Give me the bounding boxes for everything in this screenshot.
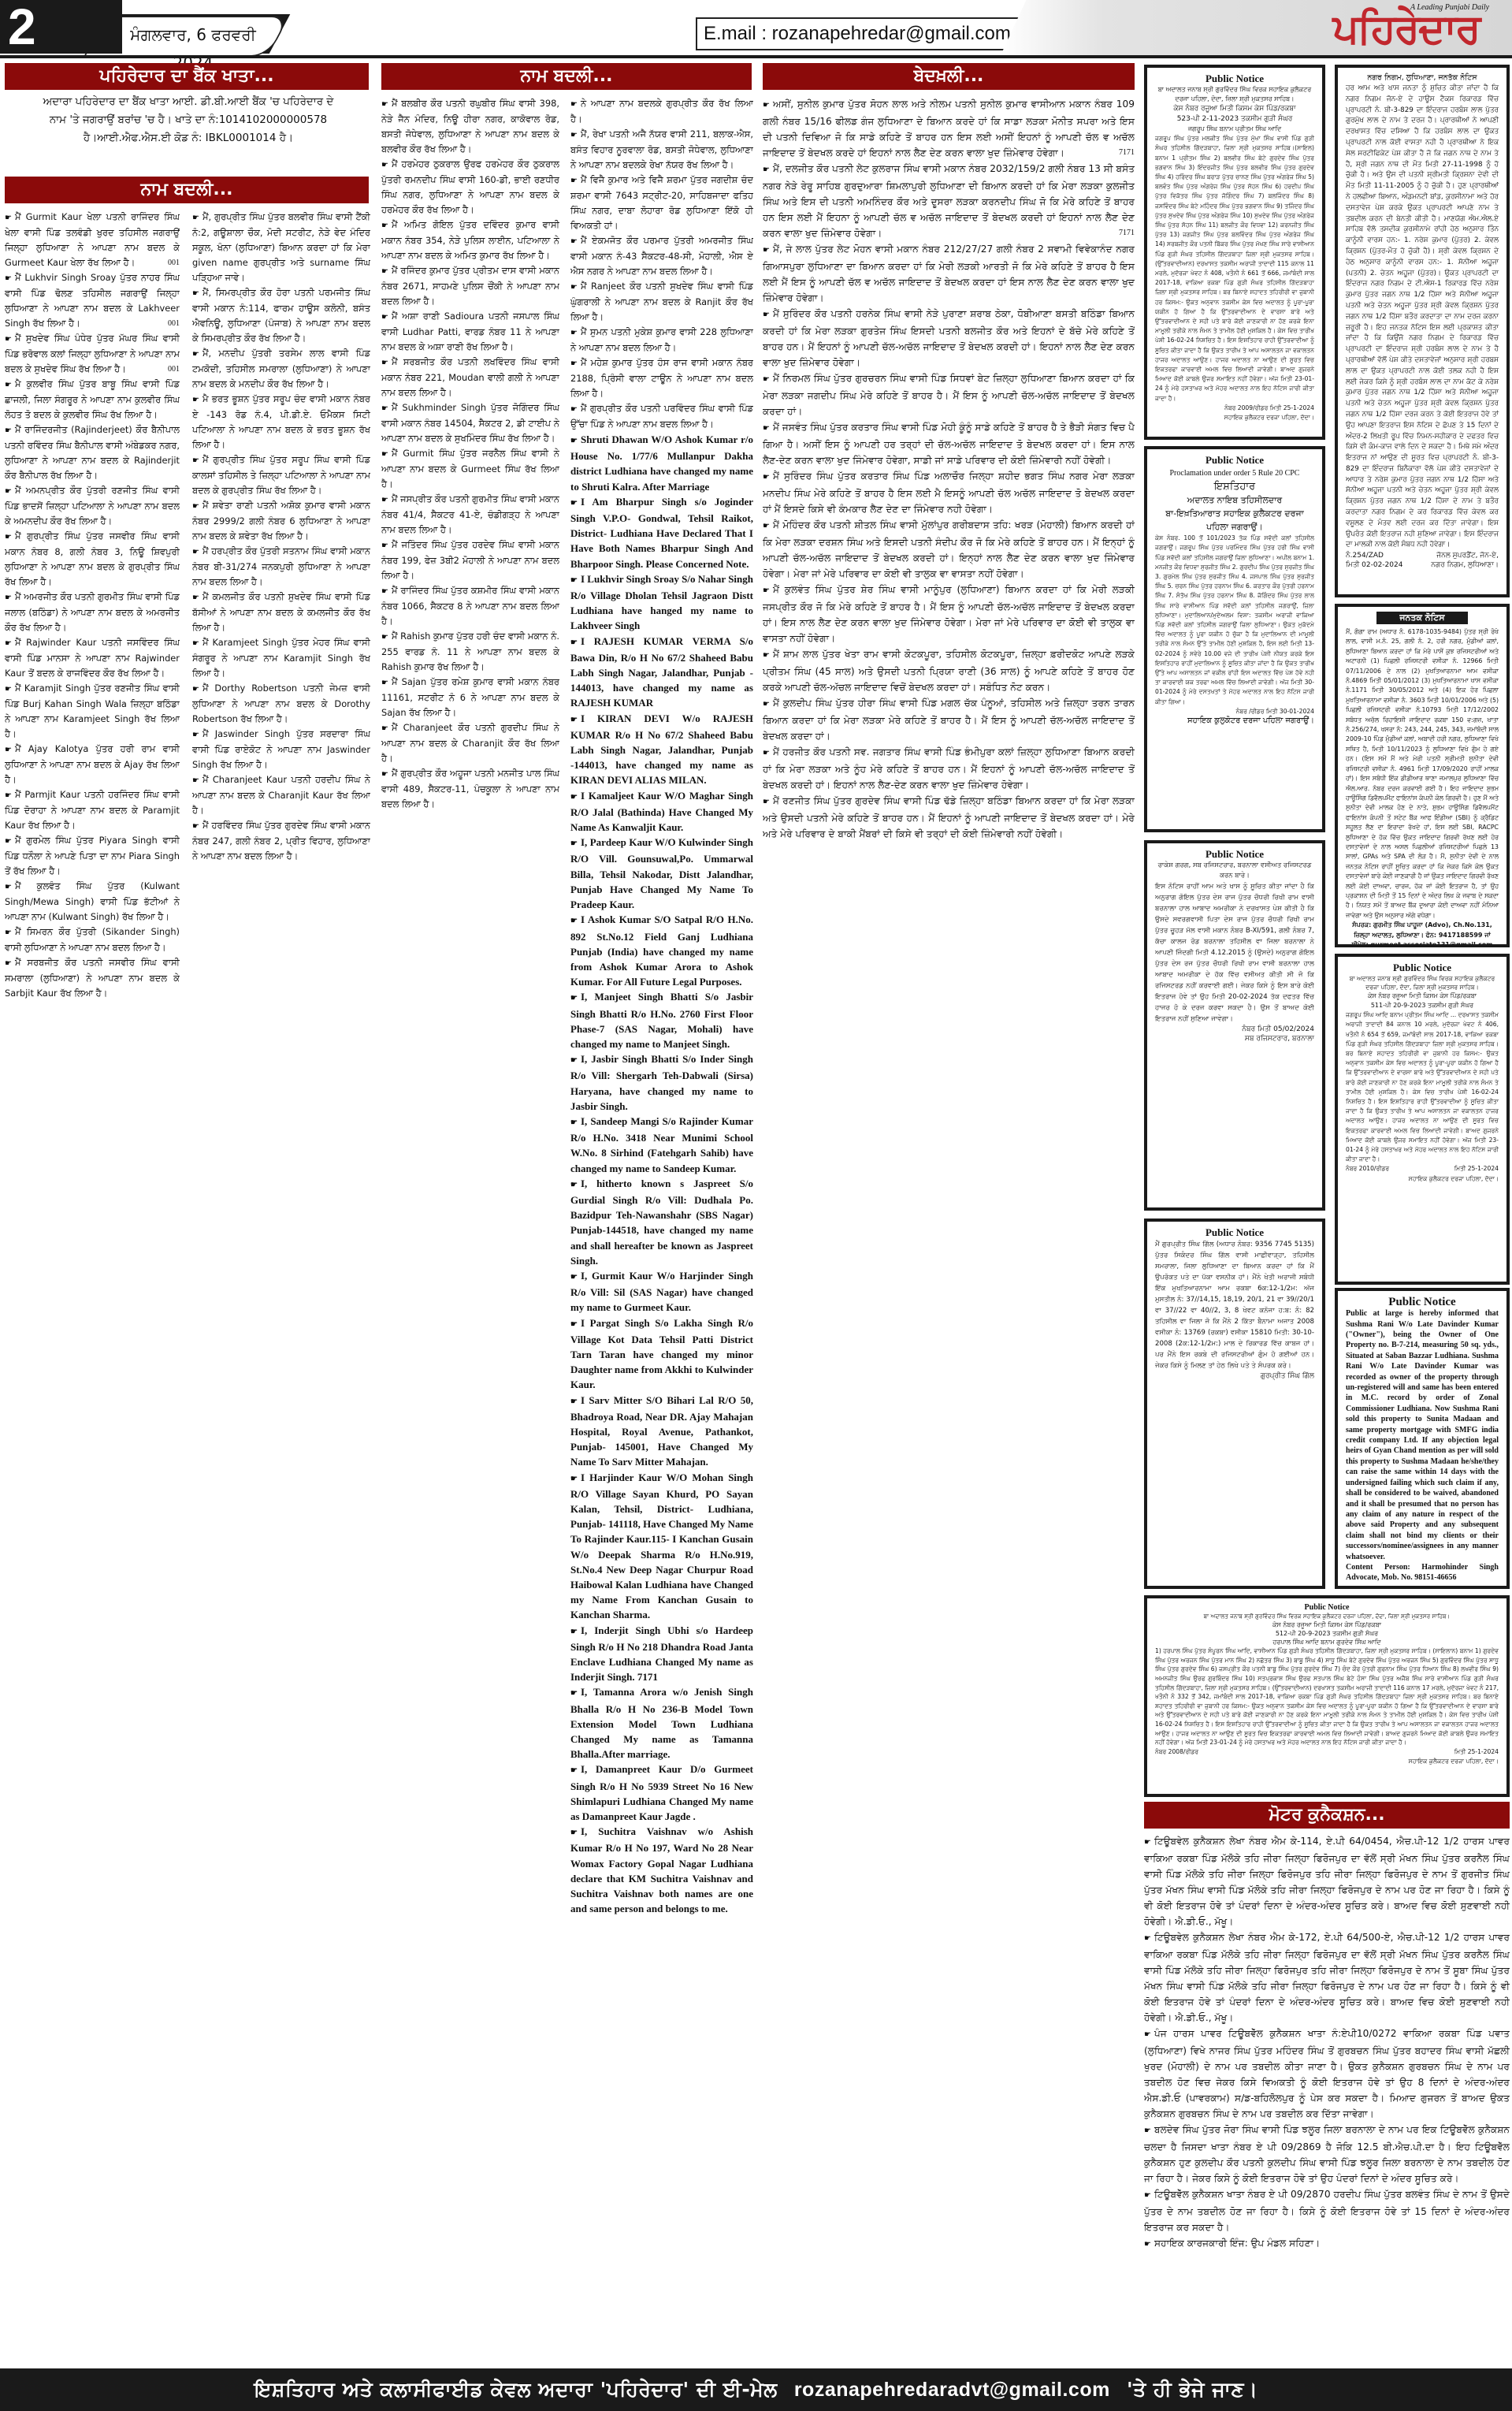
pointing-hand-icon: ☛ (192, 685, 199, 694)
pointing-hand-icon: ☛ (381, 496, 388, 504)
entry-text: ਮੈ ਭਰਤ ਭੂਸ਼ਨ ਪੁੱਤਰ ਸਰੂਪ ਚੰਦ ਵਾਸੀ ਮਕਾਨ ਨੰ… (192, 393, 370, 450)
entry-text: I, Sandeep Mangi S/o Rajinder Kumar R/o … (570, 1115, 753, 1174)
pointing-hand-icon: ☛ (570, 839, 578, 848)
notice-reference: ਨੰਬਰ ਮਿਤੀ 05/02/2024 (1155, 1025, 1314, 1034)
notice-body: 1) ਹਰਪਾਲ ਸਿੰਘ ਪੁੱਤਰ ਸੰਪੂਰਨ ਸਿੰਘ ਆਦਿ, ਵਾਸ… (1155, 1646, 1499, 1747)
entry-text: ਮੈਂ Jaswinder Singh ਪੁੱਤਰ ਸਰਦਾਰਾ ਸਿੰਘ ਵਾ… (192, 728, 370, 770)
classified-entry: ☛ਮੈਂ ਜਸਵੰਤ ਸਿੰਘ ਪੁੱਤਰ ਕਰਤਾਰ ਸਿੰਘ ਵਾਸੀ ਪਿ… (763, 419, 1135, 468)
notice-subtitle: Proclamation under order 5 Rule 20 CPC (1155, 467, 1314, 480)
motor-connection-column: ☛ਟਿਊਬਵੇਲ ਕੁਨੈਕਸ਼ਨ ਲੇਖਾ ਨੰਬਰ ਐਮ ਕੇ-114, ਏ… (1144, 1833, 1510, 2361)
notice-court: ਬਾ ਅਦਾਲਤ ਜਨਾਬ ਸ਼੍ਰੀ ਗੁਰਵਿੰਦਰ ਸਿੰਘ ਵਿਰਕ ਸ… (1346, 974, 1499, 992)
classified-entry: ☛ਮੈਂ ਸਰਬਜੀਤ ਕੌਰ ਪਤਨੀ ਲਖਵਿੰਦਰ ਸਿੰਘ ਵਾਸੀ ਮ… (381, 355, 559, 400)
pointing-hand-icon: ☛ (570, 437, 578, 445)
classified-entry: ☛ਮੈਂ ਸੁਰਿੰਦਰ ਸਿੰਘ ਪੁੱਤਰ ਕਰਤਾਰ ਸਿੰਘ ਪਿੰਡ … (763, 468, 1135, 517)
entry-text: ਮੈਂ ਬਲਬੀਰ ਕੌਰ ਪਤਨੀ ਰਘੁਬੀਰ ਸਿੰਘ ਵਾਸੀ 398,… (381, 98, 559, 154)
notice-heading: ਅਦਾਲਤ ਨਾਇਬ ਤਹਿਸੀਲਦਾਰ (1155, 493, 1314, 507)
classified-entry: ☛I, Manjeet Singh Bhatti S/o Jasbir Sing… (570, 989, 753, 1051)
bank-account-info: ਅਦਾਰਾ ਪਹਿਰੇਦਾਰ ਦਾ ਬੈਂਕ ਖਾਤਾ ਆਈ. ਡੀ.ਬੀ.ਆਈ… (5, 93, 372, 147)
notice-body: ਜਗਰੂਪ ਸਿੰਘ ਪੁੱਤਰ ਮਲਕੀਤ ਸਿੰਘ ਪੁੱਤਰ ਮੁੱਖਾ … (1155, 134, 1314, 404)
notice-reference: ਨੰ.254/ZAD (1346, 551, 1384, 560)
classified-entry: ☛ਮੈਂ ਕੁਲਵੰਤ ਸਿੰਘ ਪੁੱਤਰ (Kulwant Singh/Me… (5, 879, 180, 925)
classified-entry: ☛ਮੈਂ ਗੁਰਪ੍ਰੀਤ ਕੌਰ ਪਤਨੀ ਪਰਵਿੰਦਰ ਸਿੰਘ ਵਾਸੀ… (570, 401, 753, 432)
entry-text: ਮੈਂ, ਮਨਦੀਪ ਪੁੱਤਰੀ ਤਰਸੇਮ ਲਾਲ ਵਾਸੀ ਪਿੰਡ ਟਮ… (192, 348, 370, 389)
notice-office: ਨਗਰ ਨਿਗਮ, ਲੁਧਿਆਣਾ। (1431, 560, 1499, 570)
entry-text: ਮੈਂ ਹਰਮੇਹਰ ਠੁਕਰਾਲ ਉਰਫ ਹਰਮੇਹਰ ਕੌਰ ਠੁਕਰਾਲ … (381, 158, 559, 215)
notice-court: ਬਾ ਅਦਾਲਤ ਜਨਾਬ ਸ਼੍ਰੀ ਗੁਰਵਿੰਦਰ ਸਿੰਘ ਵਿਰਕ ਸ… (1155, 85, 1314, 104)
pointing-hand-icon: ☛ (1144, 2126, 1151, 2135)
classified-entry: ☛ਮੈਂ ਅਮਰਜੀਤ ਕੌਰ ਪਤਨੀ ਗੁਰਮੀਤ ਸਿੰਘ ਵਾਸੀ ਪਿ… (5, 590, 180, 635)
entry-text: I Pargat Singh S/o Lakha Singh R/o Villa… (570, 1317, 753, 1391)
entry-text: ਮੈਂ ਅਮਨਪ੍ਰੀਤ ਕੌਰ ਪੁੱਤਰੀ ਰਣਜੀਤ ਸਿੰਘ ਵਾਸੀ … (5, 485, 180, 526)
entry-text: ਨੇ ਆਪਣਾ ਨਾਮ ਬਦਲਕੇ ਗੁਰਪ੍ਰੀਤ ਕੌਰ ਰੱਖ ਲਿਆ ਹ… (570, 98, 753, 125)
entry-text: ਪੰਜ ਹਾਰਸ ਪਾਵਰ ਟਿਊਬਵੇੱਲ ਕੁਨੈਕਸ਼ਨ ਖਾਤਾ ਨੰ:… (1144, 2028, 1510, 2119)
pointing-hand-icon: ☛ (570, 131, 578, 140)
classified-entry: ☛ਮੈਂ ਵਿਜੈ ਕੁਮਾਰ ਅਤੇ ਵਿਜੈ ਸ਼ਰਮਾ ਪੁੱਤਰ ਜਗਦ… (570, 173, 753, 233)
notice-case-row: 523-ਪੀ 2-11-2023 ਤਕਸੀਮ ਗੁੜੀ ਸੰਘਰ (1155, 114, 1314, 125)
entry-text: ਮੈਂ Rahish ਕੁਮਾਰ ਪੁੱਤਰ ਹਰੀ ਚੰਦ ਵਾਸੀ ਮਕਾਨ… (381, 631, 559, 672)
entry-text: I, Damanpreet Kaur D/o Gurmeet Singh R/o… (570, 1763, 753, 1822)
classified-entry: ☛I, hitherto known s Jaspreet S/o Gurdia… (570, 1176, 753, 1268)
pointing-hand-icon: ☛ (763, 375, 770, 384)
pointing-hand-icon: ☛ (763, 311, 770, 319)
pointing-hand-icon: ☛ (570, 1273, 578, 1282)
classified-entry: ☛I, Sandeep Mangi S/o Rajinder Kumar R/o… (570, 1114, 753, 1176)
pointing-hand-icon: ☛ (5, 274, 12, 283)
entry-text: ਮੈਂ ਕੁਲਵੰਤ ਸਿੰਘ ਪੁੱਤਰ (Kulwant Singh/Mew… (5, 880, 180, 922)
entry-text: ਮੈਂ ਗੁਰਪ੍ਰੀਤ ਸਿੰਘ ਪੁੱਤਰ ਜਸਵੀਰ ਸਿੰਘ ਵਾਸੀ … (5, 530, 180, 587)
entry-code: 7171 (1119, 145, 1135, 161)
pointing-hand-icon: ☛ (1144, 2030, 1151, 2039)
entry-text: I, Tamanna Arora w/o Jenish Singh Bhalla… (570, 1686, 753, 1760)
pointing-hand-icon: ☛ (570, 1397, 578, 1406)
entry-text: I RAJESH KUMAR VERMA S/o Bawa Din, R/o H… (570, 635, 753, 709)
entry-text: ਮੈਂ ਗੁਰਪ੍ਰੀਤ ਸਿੰਘ ਪੁੱਤਰ ਸਰੂਪ ਸਿੰਘ ਵਾਸੀ ਪ… (192, 454, 370, 496)
classified-entry: ☛ਮੈਂ ਕੁਲਵੰਤ ਸਿੰਘ ਪੁੱਤਰ ਸ਼ੇਰ ਸਿੰਘ ਵਾਸੀ ਮਾ… (763, 582, 1135, 646)
public-notice-7: Public Notice ਬਾ ਅਦਾਲਤ ਜਨਾਬ ਸ਼੍ਰੀ ਗੁਰਵਿੰ… (1335, 954, 1510, 1285)
entry-text: ਮੈਂ ਸੁਰਿੰਦਰ ਸਿੰਘ ਪੁੱਤਰ ਕਰਤਾਰ ਸਿੰਘ ਪਿੰਡ ਅ… (763, 471, 1135, 515)
entry-text: ਮੈਂ Charanjeet Kaur ਪਤਨੀ ਹਰਦੀਪ ਸਿੰਘ ਨੇ ਆ… (192, 774, 370, 816)
bank-section-heading: ਪਹਿਰੇਦਾਰ ਦਾ ਬੈਂਕ ਖਾਤਾ... (5, 63, 369, 90)
entry-text: ਬਲਦੇਵ ਸਿੰਘ ਪੁੱਤਰ ਜੋਰਾ ਸਿੰਘ ਵਾਸੀ ਪਿੰਡ ਝਲੂ… (1144, 2124, 1510, 2184)
public-notice-2: Public Notice Proclamation under order 5… (1144, 446, 1325, 832)
notice-title: Public Notice (1346, 1297, 1499, 1307)
entry-code: 7171 (1119, 225, 1135, 241)
classified-entry: ☛ਮੈਂ Gurmit ਸਿੰਘ ਪੁੱਤਰ ਜਰਨੈਲ ਸਿੰਘ ਵਾਸੀ ਨ… (381, 446, 559, 492)
classified-entry: ☛I RAJESH KUMAR VERMA S/o Bawa Din, R/o … (570, 634, 753, 711)
pointing-hand-icon: ☛ (570, 283, 578, 292)
notice-date: ਮਿਤੀ 25-1-2024 (1454, 1747, 1499, 1757)
pointing-hand-icon: ☛ (763, 651, 770, 660)
pointing-hand-icon: ☛ (570, 237, 578, 246)
pointing-hand-icon: ☛ (192, 502, 199, 511)
classified-entry: ☛I Lukhvir Singh Sroay S/o Nahar Singh R… (570, 571, 753, 634)
pointing-hand-icon: ☛ (570, 177, 578, 185)
pointing-hand-icon: ☛ (5, 487, 12, 496)
pointing-hand-icon: ☛ (5, 426, 12, 435)
classified-entry: ☛ਮੈਂ ਗੁਰਪ੍ਰੀਤ ਸਿੰਘ ਪੁੱਤਰ ਜਸਵੀਰ ਸਿੰਘ ਵਾਸੀ… (5, 529, 180, 590)
notice-parties: ਹਰਪਾਲ ਸਿੰਘ ਆਦਿ ਬਨਾਮ ਗੁਰਦੇਵ ਸਿੰਘ ਆਦਿ (1155, 1638, 1499, 1646)
classified-entry: ☛ਮੈਂ ਸਿਮਰਨ ਕੌਰ ਪੁੱਤਰੀ (Sikander Singh) ਵ… (5, 925, 180, 955)
contact-email[interactable]: E.mail : rozanapehredar@gmail.com (696, 17, 1035, 50)
classified-entry: ☛ਮੈਂ ਅਮਨਪ੍ਰੀਤ ਕੌਰ ਪੁੱਤਰੀ ਰਣਜੀਤ ਸਿੰਘ ਵਾਸੀ… (5, 483, 180, 529)
pointing-hand-icon: ☛ (192, 593, 199, 602)
notice-body: ਹਰ ਆਮ ਅਤੇ ਖਾਸ ਜਨਤਾ ਨੂੰ ਸੁਚਿਤ ਕੀਤਾ ਜਾਂਦਾ … (1346, 84, 1499, 551)
entry-text: I, Inderjit Singh Ubhi s/o Hardeep Singh… (570, 1624, 753, 1684)
pointing-hand-icon: ☛ (192, 396, 199, 404)
entry-code: 001 (168, 362, 180, 377)
entry-text: ਮੈਂ ਅਮਿਤ ਗੋਇਲ ਪੁੱਤਰ ਦਵਿੰਦਰ ਕੁਮਾਰ ਵਾਸੀ ਮਕ… (381, 219, 559, 261)
tagline: A Leading Punjabi Daily (1410, 3, 1489, 12)
entry-text: ਮੈਂ ਵਿਜੈ ਕੁਮਾਰ ਅਤੇ ਵਿਜੈ ਸ਼ਰਮਾ ਪੁੱਤਰ ਜਗਦੀ… (570, 174, 753, 231)
entry-text: ਮੈਂ ਅਮਰਜੀਤ ਕੌਰ ਪਤਨੀ ਗੁਰਮੀਤ ਸਿੰਘ ਵਾਸੀ ਪਿੰ… (5, 591, 180, 633)
classified-entry: ☛ਨੇ ਆਪਣਾ ਨਾਮ ਬਦਲਕੇ ਗੁਰਪ੍ਰੀਤ ਕੌਰ ਰੱਖ ਲਿਆ … (570, 96, 753, 127)
pointing-hand-icon: ☛ (192, 822, 199, 831)
classified-entry: ☛ਮੈਂ Karamjeet Singh ਪੁੱਤਰ ਮੇਹਰ ਸਿੰਘ ਵਾਸ… (192, 635, 370, 681)
entry-text: I, Jasbir Singh Bhatti S/o Inder Singh R… (570, 1053, 753, 1112)
public-notice-english: Public Notice Public at large is hereby … (1335, 1288, 1510, 1589)
footer-text: 'ਤੇ ਹੀ ਭੇਜੇ ਜਾਣ। (1127, 2378, 1258, 2401)
advertising-footer-banner: ਇਸ਼ਤਿਹਾਰ ਅਤੇ ਕਲਾਸੀਫਾਈਡ ਕੇਵਲ ਅਦਾਰਾ 'ਪਹਿਰੇ… (0, 2368, 1512, 2411)
notice-reference: ਨੰਬਰ 2008/ਰੀਡਰ (1155, 1747, 1198, 1757)
classified-entry: ☛ਮੈਂ ਰਾਜਿੰਦਰਜੀਤ (Rajinderjeet) ਕੌਰ ਬੈਨੀਪ… (5, 422, 180, 483)
name-change-heading-left: ਨਾਮ ਬਦਲੀ... (5, 177, 369, 203)
pointing-hand-icon: ☛ (381, 450, 388, 459)
entry-text: ਅਸੀਂ, ਸੁਨੀਲ ਕੁਮਾਰ ਪੁੱਤਰ ਸੋਹਨ ਲਾਲ ਅਤੇ ਨੀਲ… (763, 99, 1135, 158)
public-notice-1: Public Notice ਬਾ ਅਦਾਲਤ ਜਨਾਬ ਸ਼੍ਰੀ ਗੁਰਵਿੰ… (1144, 65, 1325, 440)
classified-entry: ☛ਮੈਂ ਸੁਰਿੰਦਰ ਕੌਰ ਪਤਨੀ ਹਰਨੇਕ ਸਿੰਘ ਵਾਸੀ ਨੇ… (763, 306, 1135, 370)
entry-text: ਮੈਂ Charanjeet ਕੌਰ ਪਤਨੀ ਗੁਰਦੀਪ ਸਿੰਘ ਨੇ ਆ… (381, 722, 559, 764)
pointing-hand-icon: ☛ (570, 793, 578, 802)
pointing-hand-icon: ☛ (763, 424, 770, 433)
pointing-hand-icon: ☛ (570, 576, 578, 585)
notice-subtitle: ਰਾਕੇਸ਼ ਗਰਗ, ਸਬ ਰਜਿਸਟਰਾਰ, ਬਰਨਾਲਾ ਵਸੀਅਤ ਰਜ… (1155, 861, 1314, 881)
notice-court: ਬਾ ਅਦਾਲਤ ਜਨਾਬ ਸ਼੍ਰੀ ਗੁਰਵਿੰਦਰ ਸਿੰਘ ਵਿਰਕ ਸ… (1155, 1613, 1499, 1620)
entry-text: ਮੈਂ Karamjeet Singh ਪੁੱਤਰ ਮੇਹਰ ਸਿੰਘ ਵਾਸੀ… (192, 637, 370, 679)
pointing-hand-icon: ☛ (192, 350, 199, 359)
pointing-hand-icon: ☛ (5, 791, 12, 800)
entry-text: ਮੈਂ ਗੁਰਪ੍ਰੀਤ ਕੌਰ ਪਤਨੀ ਪਰਵਿੰਦਰ ਸਿੰਘ ਵਾਸੀ … (570, 403, 753, 430)
entry-text: I Kamaljeet Kaur W/O Maghar Singh R/O Ja… (570, 790, 753, 833)
notice-contact: ਸੰਪਰਕ: ਗੁਰਮੀਤ ਸਿੰਘ ਪਾਹੂਜਾ (Advo), Ch.No.… (1346, 921, 1499, 947)
pointing-hand-icon: ☛ (381, 313, 388, 322)
entry-text: ਮੈਂ ਏਕਮਜੋਤ ਕੌਰ ਪਰਮਾਰ ਪੁੱਤਰੀ ਅਮਰਜੀਤ ਸਿੰਘ … (570, 235, 753, 277)
pointing-hand-icon: ☛ (570, 994, 578, 1003)
notice-title: Public Notice (1155, 456, 1314, 465)
notice-signatory: ਸਹਾਇਕ ਕੁਲੈਕਟਰ ਦਰਜਾ ਪਹਿਲਾ, ਦੋਦਾ। (1155, 413, 1314, 422)
classified-entry: ☛ਮੈਂ Sajan ਪੁੱਤਰ ਰਮੇਸ਼ ਕੁਮਾਰ ਵਾਸੀ ਮਕਾਨ ਨ… (381, 675, 559, 720)
pointing-hand-icon: ☛ (5, 335, 12, 344)
pointing-hand-icon: ☛ (570, 917, 578, 925)
pointing-hand-icon: ☛ (570, 1056, 578, 1065)
pointing-hand-icon: ☛ (381, 633, 388, 642)
notice-title: ਜਨਤਕ ਨੋਟਿਸ (1376, 612, 1468, 624)
entry-text: ਮੈਂ ਰਾਜਿੰਦਰਜੀਤ (Rajinderjeet) ਕੌਰ ਬੈਨੀਪਾ… (5, 424, 180, 481)
classified-entry: ☛ਟਿਊਬਵੇਲ ਕੁਨੈਕਸ਼ਨ ਲੇਖਾ ਨੰਬਰ ਐਮ ਕੇ-114, ਏ… (1144, 1833, 1510, 1929)
pointing-hand-icon: ☛ (570, 638, 578, 647)
classified-entry: ☛ਟਿਊਬਵੇਲ ਕੁਨੈਕਸ਼ਨ ਲੇਖਾ ਨੰਬਰ ਐਮ ਕੇ-172, ਏ… (1144, 1929, 1510, 2026)
entry-text: I KIRAN DEVI W/o RAJESH KUMAR R/o H No 6… (570, 713, 753, 787)
classified-entry: ☛ਮੈਂ Karamjit Singh ਪੁੱਤਰ ਰਣਜੀਤ ਸਿੰਘ ਵਾਸ… (5, 681, 180, 742)
classified-entry: ☛ਮੈਂ Lukhvir Singh Sroay ਪੁੱਤਰ ਨਾਹਰ ਸਿੰਘ… (5, 270, 180, 331)
classified-entry: ☛ਮੈਂ Sukhminder Singh ਪੁੱਤਰ ਜੋਗਿੰਦਰ ਸਿੰਘ… (381, 400, 559, 446)
entry-text: ਮੈਂ ਗੁਰਮੇਲ ਸਿੰਘ ਪੁੱਤਰ Piyara Singh ਵਾਸੀ … (5, 835, 180, 876)
classified-entry: ☛ਮੈਂ Ajay Kalotya ਪੁੱਤਰ ਹਰੀ ਰਾਮ ਵਾਸੀ ਲੁਧ… (5, 742, 180, 787)
pointing-hand-icon: ☛ (192, 289, 199, 298)
pointing-hand-icon: ☛ (381, 359, 388, 367)
classified-entry: ☛ਮੈਂ ਰਜਿੰਦਰ ਕੁਮਾਰ ਪੁੱਤਰ ਪ੍ਰੀਤਮ ਦਾਸ ਵਾਸੀ … (381, 263, 559, 309)
notice-signatory: ਸਹਾਇਕ ਕੁਲੈਕਟਰ ਦਰਜਾ ਪਹਿਲਾ, ਦੋਦਾ। (1346, 1174, 1499, 1184)
pointing-hand-icon: ☛ (381, 587, 388, 596)
notice-signatory: ਸਹਾਇਕ ਕੁਲੈਕਟਰ ਦਰਜਾ ਪਹਿਲਾ, ਦੋਦਾ। (1155, 1757, 1499, 1766)
classified-entry: ☛ਮੈਂ ਜਸਪ੍ਰੀਤ ਕੌਰ ਪਤਨੀ ਗੁਰਮੀਤ ਸਿੰਘ ਵਾਸੀ ਮ… (381, 492, 559, 538)
pointing-hand-icon: ☛ (381, 541, 388, 550)
pointing-hand-icon: ☛ (5, 593, 12, 602)
classified-entry: ☛ਮੈਂ ਗੁਰਪ੍ਰੀਤ ਕੌਰ ਅਹੂਜਾ ਪਤਨੀ ਮਨਜੀਤ ਪਾਲ ਸ… (381, 766, 559, 812)
entry-text: ਮੈਂ ਜਸਵੰਤ ਸਿੰਘ ਪੁੱਤਰ ਕਰਤਾਰ ਸਿੰਘ ਵਾਸੀ ਪਿੰ… (763, 422, 1135, 466)
entry-text: ਮੈਂ ਰਣਜੀਤ ਸਿੰਘ ਪੁੱਤਰ ਗੁਰਦੇਵ ਸਿੰਘ ਵਾਸੀ ਪਿ… (763, 795, 1135, 839)
pointing-hand-icon: ☛ (381, 267, 388, 276)
classified-entry: ☛ਮੈਂ ਗੁਰਮੇਲ ਸਿੰਘ ਪੁੱਤਰ Piyara Singh ਵਾਸੀ… (5, 833, 180, 879)
classified-entry: ☛ਮੈਂ Gurmit Kaur ਖੇਲਾ ਪਤਨੀ ਰਾਜਿੰਦਰ ਸਿੰਘ … (5, 210, 180, 270)
entry-code: 001 (168, 255, 180, 270)
pointing-hand-icon: ☛ (1144, 1934, 1151, 1943)
janatak-notice: ਜਨਤਕ ਨੋਟਿਸ ਮੈਂ, ਗੰਗਾ ਰਾਮ (ਅਧਾਰ ਨੰ. 6178-… (1335, 604, 1510, 947)
notice-footer-row: ਨੰਬਰ 2008/ਰੀਡਰ ਮਿਤੀ 25-1-2024 (1155, 1747, 1499, 1757)
classified-entry: ☛ਮੈਂ Charanjeet ਕੌਰ ਪਤਨੀ ਗੁਰਦੀਪ ਸਿੰਘ ਨੇ … (381, 720, 559, 766)
entry-text: I, Pardeep Kaur W/O Kulwinder Singh R/O … (570, 836, 753, 910)
classified-entry: ☛ਅਸੀਂ, ਸੁਨੀਲ ਕੁਮਾਰ ਪੁੱਤਰ ਸੋਹਨ ਲਾਲ ਅਤੇ ਨੀ… (763, 96, 1135, 161)
notice-footer-row: ਨੰਬਰ 2010/ਰੀਡਰ ਮਿਤੀ 25-1-2024 (1346, 1164, 1499, 1174)
pointing-hand-icon: ☛ (763, 246, 770, 255)
notice-parties: ਜਗਰੂਪ ਸਿੰਘ ਬਨਾਮ ਪ੍ਰੀਤਮ ਸਿੰਘ ਆਦਿ (1155, 125, 1314, 134)
classified-entry: ☛ਮੈਂ, ਜੇ ਲਾਲ ਪੁੱਤਰ ਲੇਟ ਮੋਹਨ ਵਾਸੀ ਮਕਾਨ ਨੰ… (763, 241, 1135, 306)
entry-text: ਮੈਂ Parmjit Kaur ਪਤਨੀ ਹਰਜਿੰਦਰ ਸਿੰਘ ਵਾਸੀ … (5, 789, 180, 831)
notice-title: Public Notice (1155, 1603, 1499, 1613)
pointing-hand-icon: ☛ (381, 404, 388, 413)
pointing-hand-icon: ☛ (763, 700, 770, 709)
classified-entry: ☛ਮੈਂ ਹਰਮੇਹਰ ਠੁਕਰਾਲ ਉਰਫ ਹਰਮੇਹਰ ਕੌਰ ਠੁਕਰਾਲ… (381, 157, 559, 218)
pointing-hand-icon: ☛ (381, 100, 388, 109)
pointing-hand-icon: ☛ (1144, 2240, 1151, 2249)
pointing-hand-icon: ☛ (570, 1628, 578, 1636)
entry-text: I Sarv Mitter S/O Bihari Lal R/O 50, Bha… (570, 1394, 753, 1468)
bank-line: ਅਦਾਰਾ ਪਹਿਰੇਦਾਰ ਦਾ ਬੈਂਕ ਖਾਤਾ ਆਈ. ਡੀ.ਬੀ.ਆਈ… (5, 93, 372, 111)
entry-text: ਮੈਂ ਸ਼ਵੇਤਾ ਰਾਣੀ ਪਤਨੀ ਅਸ਼ੋਕ ਕੁਮਾਰ ਵਾਸੀ ਮਕ… (192, 500, 370, 541)
notice-contact: Content Person: Harmohinder Singh Advoca… (1346, 1562, 1499, 1583)
classified-entry: ☛ਟਿਊਬਵੇੱਲ ਕੁਨੈਕਸ਼ਨ ਖਾਤਾ ਨੰਬਰ ਏ ਪੀ 09/287… (1144, 2186, 1510, 2235)
entry-text: ਮੈਂ ਸਰਬਜੀਤ ਕੌਰ ਪਤਨੀ ਜਸਵੀਰ ਸਿੰਘ ਵਾਸੀ ਸਮਰਾ… (5, 957, 180, 999)
disinherit-heading: ਬੇਦਖ਼ਲੀ... (763, 63, 1135, 90)
entry-text: I Harjinder Kaur W/O Mohan Singh R/O Vil… (570, 1472, 753, 1621)
entry-text: ਮੈਂ ਸ਼ਾਮ ਲਾਲ ਪੁੱਤਰ ਖੇਤਾ ਰਾਮ ਵਾਸੀ ਕੋਟਕਪੂਰ… (763, 649, 1135, 693)
notice-signatory: ਜੋਨਲ ਸੁਪਰਡੈਂਟ, ਜੋਨ-ਏ, (1436, 551, 1499, 560)
classified-entry: ☛I Pargat Singh S/o Lakha Singh R/o Vill… (570, 1315, 753, 1393)
pointing-hand-icon: ☛ (5, 685, 12, 694)
classified-entry: ☛ਮੈਂ Ranjeet ਕੌਰ ਪਤਨੀ ਸੁਖਦੇਵ ਸਿੰਘ ਵਾਸੀ ਪ… (570, 279, 753, 325)
classified-entry: ☛I Harjinder Kaur W/O Mohan Singh R/O Vi… (570, 1470, 753, 1623)
pointing-hand-icon: ☛ (570, 1475, 578, 1483)
pointing-hand-icon: ☛ (5, 883, 12, 891)
entry-text: ਮੈਂ Gurmit ਸਿੰਘ ਪੁੱਤਰ ਜਰਨੈਲ ਸਿੰਘ ਵਾਸੀ ਨੇ… (381, 448, 559, 489)
classified-entry: ☛I Ashok Kumar S/O Satpal R/O H.No. 892 … (570, 912, 753, 989)
notice-title: Public Notice (1155, 74, 1314, 84)
entry-text: ਮੈਂ ਰਾਜਿੰਦਰ ਸਿੰਘ ਪੁੱਤਰ ਕਸ਼ਮੀਰ ਸਿੰਘ ਵਾਸੀ … (381, 585, 559, 627)
pointing-hand-icon: ☛ (5, 639, 12, 648)
notice-body: Public at large is hereby informed that … (1346, 1308, 1499, 1562)
entry-text: ਮੈਂ Ranjeet ਕੌਰ ਪਤਨੀ ਸੁਖਦੇਵ ਸਿੰਘ ਵਾਸੀ ਪਿ… (570, 281, 753, 322)
pointing-hand-icon: ☛ (570, 329, 578, 337)
pointing-hand-icon: ☛ (763, 101, 770, 110)
classified-entry: ☛ਮੈਂ ਜਤਿੰਦਰ ਸਿੰਘ ਪੁੱਤਰ ਹਰਦੇਵ ਸਿੰਘ ਵਾਸੀ ਮ… (381, 538, 559, 583)
pointing-hand-icon: ☛ (570, 1689, 578, 1698)
notice-reference: ਨੰਬਰ 2009/ਰੀਡਰ ਮਿਤੀ 25-1-2024 (1155, 404, 1314, 413)
classified-entry: ☛ਬਲਦੇਵ ਸਿੰਘ ਪੁੱਤਰ ਜੋਰਾ ਸਿੰਘ ਵਾਸੀ ਪਿੰਡ ਝਲ… (1144, 2122, 1510, 2186)
entry-text: I Ashok Kumar S/O Satpal R/O H.No. 892 S… (570, 913, 753, 988)
municipal-notice: ਨਗਰ ਨਿਗਮ, ਲੁਧਿਆਣਾ, ਜਨਤੱਕ ਨੋਟਿਸ ਹਰ ਆਮ ਅਤੇ… (1335, 65, 1510, 597)
entry-text: ਮੈਂ, ਜੇ ਲਾਲ ਪੁੱਤਰ ਲੇਟ ਮੋਹਨ ਵਾਸੀ ਮਕਾਨ ਨੰਬ… (763, 244, 1135, 303)
pointing-hand-icon: ☛ (5, 746, 12, 754)
classified-entry: ☛ਮੈਂ, ਮਨਦੀਪ ਪੁੱਤਰੀ ਤਰਸੇਮ ਲਾਲ ਵਾਸੀ ਪਿੰਡ ਟ… (192, 346, 370, 392)
name-change-column-4: ☛ਨੇ ਆਪਣਾ ਨਾਮ ਬਦਲਕੇ ਗੁਰਪ੍ਰੀਤ ਕੌਰ ਰੱਖ ਲਿਆ … (570, 96, 753, 2361)
pointing-hand-icon: ☛ (5, 214, 12, 222)
classified-entry: ☛ਮੈਂ ਹਰਪ੍ਰੀਤ ਕੌਰ ਪੁੱਤਰੀ ਸਤਨਾਮ ਸਿੰਘ ਵਾਸੀ … (192, 544, 370, 590)
entry-text: ਮੈਂ Rajwinder Kaur ਪਤਨੀ ਜਸਵਿੰਦਰ ਸਿੰਘ ਵਾਸ… (5, 637, 180, 679)
pointing-hand-icon: ☛ (381, 770, 388, 779)
classified-entry: ☛I Am Bharpur Singh s/o Joginder Singh V… (570, 494, 753, 571)
entry-text: ਮੈਂ ਸੁਮਨ ਪਤਨੀ ਮੁਕੇਸ਼ ਕੁਮਾਰ ਵਾਸੀ 228 ਲੁਧਿ… (570, 326, 753, 353)
pointing-hand-icon: ☛ (570, 499, 578, 508)
classified-entry: ☛Shruti Dhawan W/O Ashok Kumar r/o House… (570, 432, 753, 494)
classified-entry: ☛ਮੈਂ ਰਾਜਿੰਦਰ ਸਿੰਘ ਪੁੱਤਰ ਕਸ਼ਮੀਰ ਸਿੰਘ ਵਾਸੀ… (381, 583, 559, 629)
pointing-hand-icon: ☛ (192, 456, 199, 465)
classified-entry: ☛ਪੰਜ ਹਾਰਸ ਪਾਵਰ ਟਿਊਬਵੇੱਲ ਕੁਨੈਕਸ਼ਨ ਖਾਤਾ ਨੰ… (1144, 2026, 1510, 2122)
name-change-column-2: ☛ਮੈਂ, ਗੁਰਪ੍ਰੀਤ ਸਿੰਘ ਪੁੱਤਰ ਬਲਵੀਰ ਸਿੰਘ ਵਾਸ… (192, 210, 370, 2361)
entry-text: ਮੈਂ ਰਜਿੰਦਰ ਕੁਮਾਰ ਪੁੱਤਰ ਪ੍ਰੀਤਮ ਦਾਸ ਵਾਸੀ ਮ… (381, 265, 559, 307)
classified-entry: ☛ਮੈਂ ਕਮਲਜੀਤ ਕੌਰ ਪਤਨੀ ਸੁਖਦੇਵ ਸਿੰਘ ਵਾਸੀ ਪਿ… (192, 590, 370, 635)
entry-text: ਮੈਂ ਹਰਜੀਤ ਕੌਰ ਪਤਨੀ ਸਵ. ਜਗਤਾਰ ਸਿੰਘ ਵਾਸੀ ਪ… (763, 746, 1135, 791)
motor-connection-heading: ਮੋਟਰ ਕੁਨੈਕਸ਼ਨ... (1144, 1802, 1510, 1829)
entry-text: ਟਿਊਬਵੇੱਲ ਕੁਨੈਕਸ਼ਨ ਖਾਤਾ ਨੰਬਰ ਏ ਪੀ 09/2870… (1144, 2189, 1510, 2233)
entry-text: ਮੈਂ Gurmit Kaur ਖੇਲਾ ਪਤਨੀ ਰਾਜਿੰਦਰ ਸਿੰਘ ਖ… (5, 211, 180, 268)
notice-signatory: ਸਬ ਰਜਿਸਟਰਾਰ, ਬਰਨਾਲਾ (1155, 1034, 1314, 1044)
classified-entry: ☛ਮੈਂ ਸੁਮਨ ਪਤਨੀ ਮੁਕੇਸ਼ ਕੁਮਾਰ ਵਾਸੀ 228 ਲੁਧ… (570, 325, 753, 355)
pointing-hand-icon: ☛ (5, 837, 12, 846)
disinherit-column: ☛ਅਸੀਂ, ਸੁਨੀਲ ਕੁਮਾਰ ਪੁੱਤਰ ਸੋਹਨ ਲਾਲ ਅਤੇ ਨੀ… (763, 96, 1135, 2361)
classified-entry: ☛ਮੈਂ, ਗੁਰਪ੍ਰੀਤ ਸਿੰਘ ਪੁੱਤਰ ਬਲਵੀਰ ਸਿੰਘ ਵਾਸ… (192, 210, 370, 285)
public-notice-4: Public Notice ਮੈਂ ਗੁਰਪ੍ਰੀਤ ਸਿੰਘ ਗਿੱਲ (ਅਧ… (1144, 1219, 1325, 1589)
pointing-hand-icon: ☛ (763, 522, 770, 530)
entry-text: ਮੈਂ ਕਮਲਜੀਤ ਕੌਰ ਪਤਨੀ ਸੁਖਦੇਵ ਸਿੰਘ ਵਾਸੀ ਪਿੰ… (192, 591, 370, 633)
classified-entry: ☛I, Damanpreet Kaur D/o Gurmeet Singh R/… (570, 1762, 753, 1824)
notice-case-header: ਕੇਸ ਨੰਬਰ ਰਜੂਆ ਮਿਤੀ ਕਿਸਮ ਕੇਸ ਪਿੰਡ/ਰਕਬਾ (1155, 1620, 1499, 1629)
notice-title: Public Notice (1155, 1228, 1314, 1237)
notice-reference: ਨੰਬਰ 2010/ਰੀਡਰ (1346, 1164, 1389, 1174)
notice-body: ਇਸ ਨੋਟਿਸ ਰਾਹੀਂ ਆਮ ਅਤੇ ਖਾਸ ਨੂੰ ਸੂਚਿਤ ਕੀਤਾ… (1155, 881, 1314, 1025)
entry-text: I, Gurmit Kaur W/o Harjinder Singh R/o V… (570, 1270, 753, 1313)
classified-entry: ☛ਮੈਂ ਕੁਲਦੀਪ ਸਿੰਘ ਪੁੱਤਰ ਹੀਰਾ ਸਿੰਘ ਵਾਸੀ ਪਿ… (763, 695, 1135, 744)
entry-text: ਮੈਂ, ਦਲਜੀਤ ਕੌਰ ਪਤਨੀ ਲੇਟ ਕੁਲਰਾਜ ਸਿੰਘ ਵਾਸੀ… (763, 163, 1135, 239)
entry-text: I, hitherto known s Jaspreet S/o Gurdial… (570, 1178, 753, 1267)
pointing-hand-icon: ☛ (763, 473, 770, 482)
entry-text: I, Suchitra Vaishnav w/o Ashish Kumar R/… (570, 1825, 753, 1914)
pointing-hand-icon: ☛ (192, 776, 199, 785)
notice-body: ਜਗਰੂਪ ਸਿੰਘ ਆਦਿ ਬਨਾਮ ਪ੍ਰੀਤਮ ਸਿੰਘ ਆਦਿ ... … (1346, 1010, 1499, 1164)
entry-text: ਮੈਂ ਹਰਪ੍ਰੀਤ ਕੌਰ ਪੁੱਤਰੀ ਸਤਨਾਮ ਸਿੰਘ ਵਾਸੀ ਮ… (192, 545, 370, 587)
pointing-hand-icon: ☛ (1144, 1838, 1151, 1847)
header-rule (0, 55, 1512, 58)
classified-entry: ☛ਮੈਂ ਮਹੇਸ਼ ਕੁਮਾਰ ਪੁੱਤਰ ਹੰਸ ਰਾਜ ਵਾਸੀ ਮਕਾਨ… (570, 355, 753, 401)
notice-title: Public Notice (1155, 850, 1314, 859)
classified-entry: ☛I, Gurmit Kaur W/o Harjinder Singh R/o … (570, 1268, 753, 1315)
pointing-hand-icon: ☛ (763, 166, 770, 174)
entry-text: ਮੈਂ ਗੁਰਪ੍ਰੀਤ ਕੌਰ ਅਹੂਜਾ ਪਤਨੀ ਮਨਜੀਤ ਪਾਲ ਸਿ… (381, 768, 559, 809)
entry-text: ਮੈਂ ਸਿਮਰਨ ਕੌਰ ਪੁੱਤਰੀ (Sikander Singh) ਵਾ… (5, 926, 180, 953)
advertising-email[interactable]: rozanapehredaradvt@gmail.com (794, 2379, 1110, 2401)
name-change-heading-mid: ਨਾਮ ਬਦਲੀ... (381, 63, 752, 90)
pointing-hand-icon: ☛ (570, 405, 578, 414)
footer-text: ਇਸ਼ਤਿਹਾਰ ਅਤੇ ਕਲਾਸੀਫਾਈਡ ਕੇਵਲ ਅਦਾਰਾ 'ਪਹਿਰੇ… (254, 2378, 778, 2401)
entry-text: ਮੈਂ ਮਹੇਸ਼ ਕੁਮਾਰ ਪੁੱਤਰ ਹੰਸ ਰਾਜ ਵਾਸੀ ਮਕਾਨ … (570, 357, 753, 399)
entry-text: ਮੈਂ ਸਰਬਜੀਤ ਕੌਰ ਪਤਨੀ ਲਖਵਿੰਦਰ ਸਿੰਘ ਵਾਸੀ ਮਕ… (381, 356, 559, 398)
pointing-hand-icon: ☛ (570, 100, 578, 109)
pointing-hand-icon: ☛ (763, 586, 770, 595)
notice-body: ਮੈਂ, ਗੰਗਾ ਰਾਮ (ਅਧਾਰ ਨੰ. 6178-1035-9484) … (1346, 627, 1499, 921)
entry-text: ਟਿਊਬਵੇਲ ਕੁਨੈਕਸ਼ਨ ਲੇਖਾ ਨੰਬਰ ਐਮ ਕੇ-114, ਏ.… (1144, 1836, 1510, 1927)
notice-signatory: ਸਹਾਇਕ ਕੁਲੁਕੋਟਰ ਦਰਜਾ ਪਹਿਲਾ ਜਗਰਾਉਂ। (1155, 716, 1314, 726)
entry-text: ਮੈ ਕੁਲਵੀਰ ਸਿੰਘ ਪੁੱਤਰ ਬਾਬੂ ਸਿੰਘ ਵਾਸੀ ਪਿੰਡ… (5, 378, 180, 420)
classified-entry: ☛ਮੈਂ, ਦਲਜੀਤ ਕੌਰ ਪਤਨੀ ਲੇਟ ਕੁਲਰਾਜ ਸਿੰਘ ਵਾਸ… (763, 161, 1135, 241)
notice-reference: ਨੰਬਰ /ਰੀਡਰ ਮਿਤੀ 30-01-2024 (1155, 707, 1314, 716)
classified-entry: ☛ਮੈਂ Charanjeet Kaur ਪਤਨੀ ਹਰਦੀਪ ਸਿੰਘ ਨੇ … (192, 772, 370, 818)
notice-case-row: 511-ਪੀ 20-9-2023 ਤਕਸੀਮ ਗੁੜੀ ਸੰਘਰ (1346, 1001, 1499, 1010)
classified-entry: ☛ਮੈਂ ਸੁਖਦੇਵ ਸਿੰਘ ਪੰਧੇਰ ਪੁੱਤਰ ਮੱਘਰ ਸਿੰਘ ਵ… (5, 331, 180, 377)
classified-entry: ☛ਮੈਂ, ਰੇਖਾ ਪਤਨੀ ਅਜੈ ਨੱਯਰ ਵਾਸੀ 211, ਬਲਾਕ-… (570, 127, 753, 173)
notice-heading: ਇਸ਼ਤਿਹਾਰ (1155, 480, 1314, 493)
classified-entry: ☛ਮੈਂ, ਸਿਮਰਪ੍ਰੀਤ ਕੌਰ ਹੋਰਾ ਪਤਨੀ ਪਰਮਜੀਤ ਸਿੰ… (192, 285, 370, 346)
pointing-hand-icon: ☛ (5, 533, 12, 541)
pointing-hand-icon: ☛ (763, 749, 770, 757)
classified-entry: ☛ਮੈਂ Dorthy Robertson ਪਤਨੀ ਜੇਮਜ਼ ਵਾਸੀ ਲੁ… (192, 681, 370, 727)
entry-text: ਮੈਂ ਅਸ਼ਾ ਰਾਣੀ Sadioura ਪਤਨੀ ਜਸਪਾਲ ਸਿੰਘ ਵ… (381, 311, 559, 352)
notice-case-header: ਕੇਸ ਨੰਬਰ ਰਜੂਆ ਮਿਤੀ ਕਿਸਮ ਕੇਸ ਪਿੰਡ/ਰਕਬਾ (1346, 992, 1499, 1001)
classified-entry: ☛ਮੈਂ ਗੁਰਪ੍ਰੀਤ ਸਿੰਘ ਪੁੱਤਰ ਸਰੂਪ ਸਿੰਘ ਵਾਸੀ … (192, 452, 370, 498)
classified-entry: ☛ਮੈਂ ਸਰਬਜੀਤ ਕੌਰ ਪਤਨੀ ਜਸਵੀਰ ਸਿੰਘ ਵਾਸੀ ਸਮਰ… (5, 955, 180, 1001)
page-number: 2 (0, 0, 122, 54)
classified-entry: ☛I, Inderjit Singh Ubhi s/o Hardeep Sing… (570, 1623, 753, 1685)
classified-entry: ☛ਮੈ ਕੁਲਵੀਰ ਸਿੰਘ ਪੁੱਤਰ ਬਾਬੂ ਸਿੰਘ ਵਾਸੀ ਪਿੰ… (5, 377, 180, 422)
classified-entry: ☛ਮੈਂ ਹਰਜੀਤ ਕੌਰ ਪਤਨੀ ਸਵ. ਜਗਤਾਰ ਸਿੰਘ ਵਾਸੀ … (763, 744, 1135, 793)
notice-heading: ਬਾ-ਇਖ਼ਤਿਆਰਾਤ ਸਹਾਇਕ ਕੁਲੈਕਟਰ ਦਰਜਾ ਪਹਿਲਾ ਜਗ… (1155, 507, 1314, 534)
public-notice-9: Public Notice ਬਾ ਅਦਾਲਤ ਜਨਾਬ ਸ਼੍ਰੀ ਗੁਰਵਿੰ… (1144, 1595, 1510, 1797)
classified-entry: ☛ਮੈਂ ਸ਼ਵੇਤਾ ਰਾਣੀ ਪਤਨੀ ਅਸ਼ੋਕ ਕੁਮਾਰ ਵਾਸੀ ਮ… (192, 498, 370, 544)
entry-text: ਮੈਂ ਸੁਖਦੇਵ ਸਿੰਘ ਪੰਧੇਰ ਪੁੱਤਰ ਮੱਘਰ ਸਿੰਘ ਵਾ… (5, 333, 180, 374)
classified-entry: ☛I Sarv Mitter S/O Bihari Lal R/O 50, Bh… (570, 1393, 753, 1470)
notice-body: ਮੈਂ ਗੁਰਪ੍ਰੀਤ ਸਿੰਘ ਗਿੱਲ (ਅਧਾਰ ਨੰਬਰ: 9356 … (1155, 1239, 1314, 1371)
entry-text: I, Manjeet Singh Bhatti S/o Jasbir Singh… (570, 991, 753, 1050)
entry-text: ਮੈਂ ਕੁਲਦੀਪ ਸਿੰਘ ਪੁੱਤਰ ਹੀਰਾ ਸਿੰਘ ਵਾਸੀ ਪਿੰ… (763, 698, 1135, 742)
classified-entry: ☛I, Tamanna Arora w/o Jenish Singh Bhall… (570, 1684, 753, 1762)
entry-text: ਮੈਂ ਹਰਵਿੰਦਰ ਸਿੰਘ ਪੁੱਤਰ ਗੁਰਦੇਵ ਸਿੰਘ ਵਾਸੀ … (192, 820, 370, 861)
name-change-column-1: ☛ਮੈਂ Gurmit Kaur ਖੇਲਾ ਪਤਨੀ ਰਾਜਿੰਦਰ ਸਿੰਘ … (5, 210, 180, 2361)
pointing-hand-icon: ☛ (381, 724, 388, 733)
classified-entry: ☛ਮੈਂ ਹਰਵਿੰਦਰ ਸਿੰਘ ਪੁੱਤਰ ਗੁਰਦੇਵ ਸਿੰਘ ਵਾਸੀ… (192, 818, 370, 864)
pointing-hand-icon: ☛ (570, 1181, 578, 1189)
pointing-hand-icon: ☛ (192, 548, 199, 556)
classified-entry: ☛I Kamaljeet Kaur W/O Maghar Singh R/O J… (570, 788, 753, 835)
classified-entry: ☛ਮੈਂ Rajwinder Kaur ਪਤਨੀ ਜਸਵਿੰਦਰ ਸਿੰਘ ਵਾ… (5, 635, 180, 681)
pointing-hand-icon: ☛ (5, 381, 12, 389)
classified-entry: ☛I, Jasbir Singh Bhatti S/o Inder Singh … (570, 1051, 753, 1114)
